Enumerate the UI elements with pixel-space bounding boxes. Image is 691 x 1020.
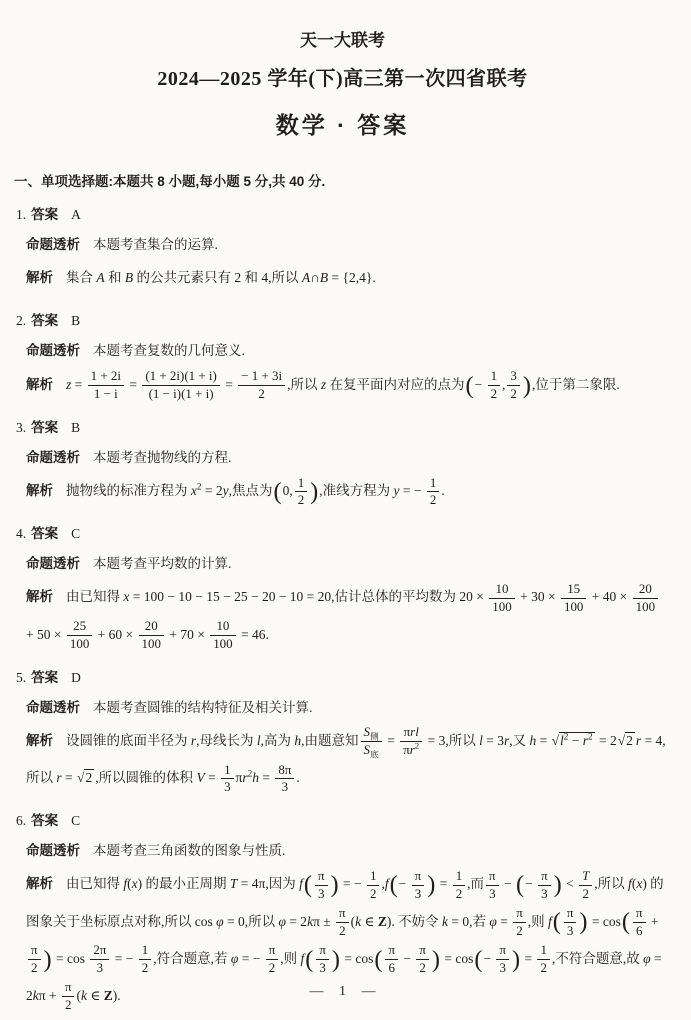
solution-label: 解析 xyxy=(26,733,53,748)
fraction: π6 xyxy=(633,906,646,939)
question-block: 2.答案B 命题透析本题考查复数的几何意义. 解析z = 1 + 2i1 − i… xyxy=(14,309,671,402)
question-number: 4. xyxy=(16,526,26,541)
fraction: 8π3 xyxy=(275,763,294,796)
document-page: 天一大联考 2024—2025 学年(下)高三第一次四省联考 数学 · 答案 一… xyxy=(0,0,691,1020)
analysis-label: 命题透析 xyxy=(26,556,80,571)
fraction: 13 xyxy=(221,763,233,796)
answer-label: 答案 xyxy=(31,420,58,435)
analysis-text: 本题考查复数的几何意义. xyxy=(93,343,245,358)
fraction: π2 xyxy=(28,943,41,976)
solution-text: 设圆锥的底面半径为 r,母线长为 l,高为 h,由题意知S侧S底 = πrlπr… xyxy=(26,733,666,785)
solution-text: 由已知得 x = 100 − 10 − 15 − 25 − 20 − 10 = … xyxy=(26,589,660,641)
question-block: 1.答案A 命题透析本题考查集合的运算. 解析集合 A 和 B 的公共元素只有 … xyxy=(14,203,671,296)
fraction: π2 xyxy=(416,943,429,976)
square-root: √l2 − r2 xyxy=(552,733,595,748)
fraction: 25100 xyxy=(67,619,92,652)
solution-label: 解析 xyxy=(26,876,53,891)
fraction: π3 xyxy=(564,906,577,939)
fraction: 10100 xyxy=(489,582,514,615)
answer-choice: A xyxy=(71,207,81,222)
analysis-label: 命题透析 xyxy=(26,237,80,252)
fraction: 12 xyxy=(139,943,151,976)
solution-label: 解析 xyxy=(26,589,53,604)
fraction: − 1 + 3i2 xyxy=(238,369,285,402)
fraction: 32 xyxy=(507,369,519,402)
section-heading: 一、单项选择题:本题共 8 小题,每小题 5 分,共 40 分. xyxy=(14,170,671,190)
answer-line: 1.答案A xyxy=(14,203,671,223)
fraction: T2 xyxy=(579,869,592,902)
answer-choice: C xyxy=(71,526,81,541)
answer-label: 答案 xyxy=(31,313,58,328)
answer-line: 6.答案C xyxy=(14,809,671,829)
analysis-text: 本题考查圆锥的结构特征及相关计算. xyxy=(93,700,312,715)
fraction: π2 xyxy=(513,906,526,939)
fraction: 20100 xyxy=(633,582,658,615)
analysis-text: 本题考查平均数的计算. xyxy=(93,556,231,571)
answer-label: 答案 xyxy=(31,670,58,685)
answer-choice: B xyxy=(71,420,81,435)
answer-line: 2.答案B xyxy=(14,309,671,329)
answer-choice: C xyxy=(71,813,81,828)
exam-session: 2024—2025 学年(下)高三第一次四省联考 xyxy=(14,62,671,91)
fraction: π3 xyxy=(538,869,551,902)
analysis-line: 命题透析本题考查集合的运算. xyxy=(14,235,671,255)
question-number: 6. xyxy=(16,813,26,828)
solution-text: 集合 A 和 B 的公共元素只有 2 和 4,所以 A∩B = {2,4}. xyxy=(66,270,376,285)
analysis-label: 命题透析 xyxy=(26,843,80,858)
analysis-text: 本题考查抛物线的方程. xyxy=(93,450,231,465)
questions-list: 1.答案A 命题透析本题考查集合的运算. 解析集合 A 和 B 的公共元素只有 … xyxy=(14,203,671,1014)
analysis-line: 命题透析本题考查抛物线的方程. xyxy=(14,448,671,468)
fraction: 20100 xyxy=(139,619,164,652)
question-block: 4.答案C 命题透析本题考查平均数的计算. 解析由已知得 x = 100 − 1… xyxy=(14,522,671,653)
analysis-label: 命题透析 xyxy=(26,343,80,358)
analysis-text: 本题考查集合的运算. xyxy=(93,237,218,252)
analysis-line: 命题透析本题考查三角函数的图象与性质. xyxy=(14,841,671,861)
solution-line: 解析由已知得 x = 100 − 10 − 15 − 25 − 20 − 10 … xyxy=(14,578,671,652)
question-block: 5.答案D 命题透析本题考查圆锥的结构特征及相关计算. 解析设圆锥的底面半径为 … xyxy=(14,666,671,797)
fraction: 2π3 xyxy=(90,943,109,976)
exam-header: 天一大联考 2024—2025 学年(下)高三第一次四省联考 数学 · 答案 xyxy=(14,26,671,140)
fraction: π3 xyxy=(496,943,509,976)
fraction: S侧S底 xyxy=(361,725,382,758)
solution-label: 解析 xyxy=(26,377,53,392)
analysis-label: 命题透析 xyxy=(26,700,80,715)
square-root: √2 xyxy=(77,770,94,785)
fraction: 10100 xyxy=(210,619,235,652)
solution-text: 抛物线的标准方程为 x2 = 2y,焦点为(0,12),准线方程为 y = − … xyxy=(66,483,445,498)
answer-label: 答案 xyxy=(31,813,58,828)
exam-brand: 天一大联考 xyxy=(14,26,671,51)
fraction: π6 xyxy=(385,943,398,976)
subject-title: 数学 · 答案 xyxy=(14,107,671,140)
question-number: 1. xyxy=(16,207,26,222)
question-number: 3. xyxy=(16,420,26,435)
answer-choice: D xyxy=(71,670,81,685)
fraction: 12 xyxy=(295,476,307,509)
fraction: π3 xyxy=(486,869,499,902)
analysis-line: 命题透析本题考查平均数的计算. xyxy=(14,554,671,574)
answer-label: 答案 xyxy=(31,526,58,541)
page-number: — 1 — xyxy=(0,984,691,1000)
solution-label: 解析 xyxy=(26,270,53,285)
answer-choice: B xyxy=(71,313,81,328)
fraction: (1 + 2i)(1 + i)(1 − i)(1 + i) xyxy=(142,369,219,402)
fraction: πrlπr2 xyxy=(400,725,422,758)
solution-line: 解析z = 1 + 2i1 − i = (1 + 2i)(1 + i)(1 − … xyxy=(14,366,671,403)
fraction: π2 xyxy=(336,906,349,939)
solution-line: 解析集合 A 和 B 的公共元素只有 2 和 4,所以 A∩B = {2,4}. xyxy=(14,259,671,296)
fraction: 12 xyxy=(427,476,439,509)
fraction: 1 + 2i1 − i xyxy=(88,369,124,402)
analysis-line: 命题透析本题考查圆锥的结构特征及相关计算. xyxy=(14,698,671,718)
question-number: 2. xyxy=(16,313,26,328)
answer-line: 5.答案D xyxy=(14,666,671,686)
answer-line: 3.答案B xyxy=(14,416,671,436)
analysis-line: 命题透析本题考查复数的几何意义. xyxy=(14,341,671,361)
question-block: 3.答案B 命题透析本题考查抛物线的方程. 解析抛物线的标准方程为 x2 = 2… xyxy=(14,416,671,509)
analysis-text: 本题考查三角函数的图象与性质. xyxy=(93,843,285,858)
solution-text: z = 1 + 2i1 − i = (1 + 2i)(1 + i)(1 − i)… xyxy=(66,377,620,392)
fraction: 12 xyxy=(453,869,465,902)
fraction: π2 xyxy=(266,943,279,976)
square-root: √2 xyxy=(618,733,635,748)
solution-line: 解析设圆锥的底面半径为 r,母线长为 l,高为 h,由题意知S侧S底 = πrl… xyxy=(14,722,671,796)
answer-label: 答案 xyxy=(31,207,58,222)
fraction: π3 xyxy=(316,943,329,976)
question-number: 5. xyxy=(16,670,26,685)
answer-line: 4.答案C xyxy=(14,522,671,542)
fraction: 12 xyxy=(488,369,500,402)
fraction: 15100 xyxy=(561,582,586,615)
solution-line: 解析抛物线的标准方程为 x2 = 2y,焦点为(0,12),准线方程为 y = … xyxy=(14,472,671,509)
solution-label: 解析 xyxy=(26,483,53,498)
fraction: π3 xyxy=(412,869,425,902)
analysis-label: 命题透析 xyxy=(26,450,80,465)
fraction: 12 xyxy=(537,943,549,976)
fraction: 12 xyxy=(367,869,379,902)
fraction: π3 xyxy=(315,869,328,902)
